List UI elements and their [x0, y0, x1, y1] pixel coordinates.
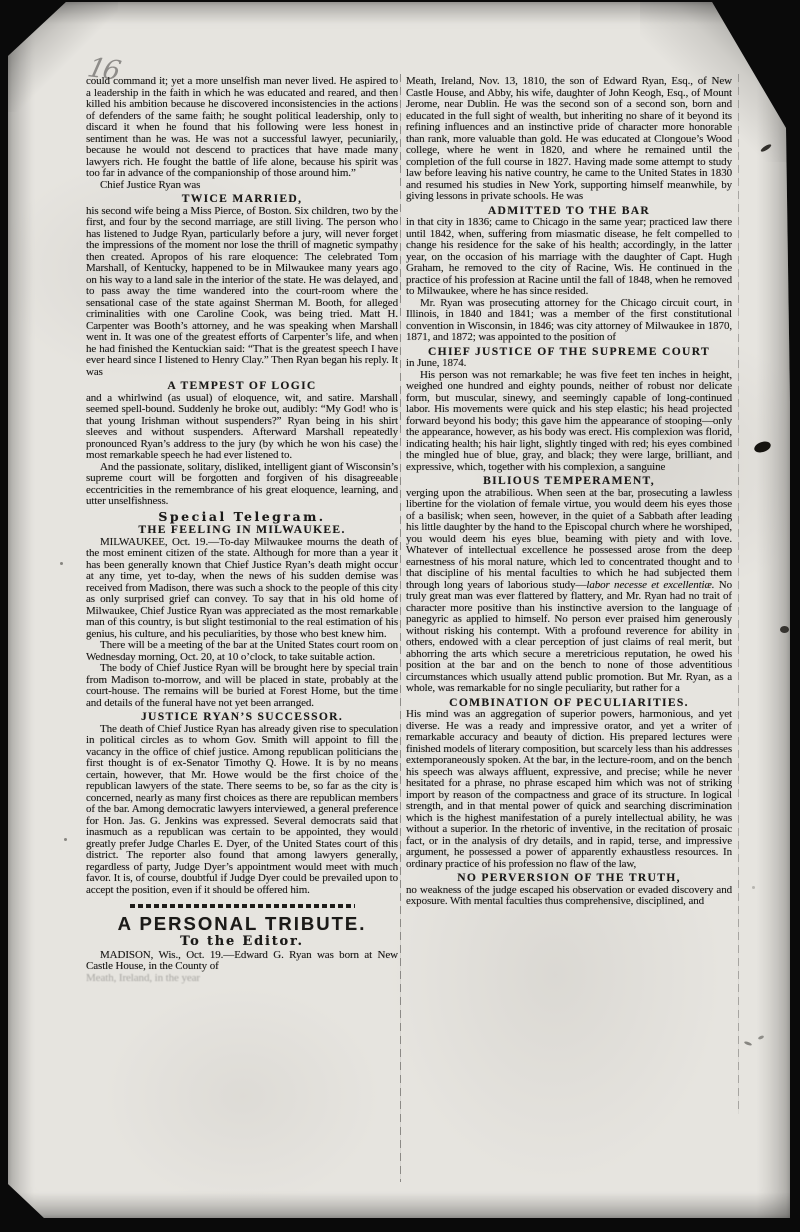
ink-smudge [758, 1035, 765, 1040]
article-column-right: Meath, Ireland, Nov. 13, 1810, the son o… [406, 76, 732, 1208]
article-paragraph: his second wife being a Miss Pierce, of … [86, 206, 398, 379]
article-paragraph: verging upon the atrabilious. When seen … [406, 488, 732, 695]
newspaper-page: 16 could command it; yet a more unselfis… [8, 2, 790, 1218]
article-paragraph: in that city in 1836; came to Chicago in… [406, 217, 732, 298]
section-heading: JUSTICE RYAN’S SUCCESSOR. [86, 711, 398, 723]
article-paragraph: The body of Chief Justice Ryan will be b… [86, 663, 398, 709]
article-paragraph: His person was not remarkable; he was fi… [406, 370, 732, 474]
section-heading: THE FEELING IN MILWAUKEE. [86, 524, 398, 536]
article-paragraph: Chief Justice Ryan was [86, 180, 398, 192]
article-paragraph: MILWAUKEE, Oct. 19.—To-day Milwaukee mou… [86, 537, 398, 641]
editor-salutation: To the Editor. [86, 936, 398, 948]
right-margin-rule [738, 74, 739, 1114]
scan-speck [64, 838, 67, 841]
article-paragraph: and a whirlwind (as usual) of eloquence,… [86, 393, 398, 462]
scan-speck [60, 562, 63, 565]
section-heading: TWICE MARRIED, [86, 193, 398, 205]
article-paragraph: Mr. Ryan was prosecuting attorney for th… [406, 298, 732, 344]
ink-smudge [744, 1041, 753, 1047]
article-paragraph: could command it; yet a more unselfish m… [86, 76, 398, 180]
faded-partial-line: Meath, Ireland, in the year [86, 973, 398, 985]
section-divider [130, 904, 355, 908]
article-paragraph: MADISON, Wis., Oct. 19.—Edward G. Ryan w… [86, 950, 398, 973]
latin-phrase: labor necesse et excellentiæ. [586, 579, 714, 591]
telegram-label: Special Telegram. [86, 511, 398, 523]
section-heading: COMBINATION OF PECULIARITIES. [406, 697, 732, 709]
article-paragraph: And the passionate, solitary, disliked, … [86, 462, 398, 508]
article-paragraph: no weakness of the judge escaped his obs… [406, 885, 732, 908]
column-divider-rule [400, 74, 401, 1182]
ink-smudge [753, 440, 772, 455]
section-heading: CHIEF JUSTICE OF THE SUPREME COURT [406, 346, 732, 358]
paragraph-text: verging upon the atrabilious. When seen … [406, 487, 732, 591]
section-heading: BILIOUS TEMPERAMENT, [406, 475, 732, 487]
article-paragraph: There will be a meeting of the bar at th… [86, 640, 398, 663]
article-column-left: could command it; yet a more unselfish m… [86, 76, 398, 1208]
section-heading: NO PERVERSION OF THE TRUTH, [406, 872, 732, 884]
article-paragraph: in June, 1874. [406, 358, 732, 370]
article-paragraph: Meath, Ireland, Nov. 13, 1810, the son o… [406, 76, 732, 203]
paragraph-text: No truly great man was ever flattered by… [406, 579, 732, 695]
article-title: A PERSONAL TRIBUTE. [86, 914, 398, 934]
article-paragraph: His mind was an aggregation of superior … [406, 709, 732, 870]
section-heading: ADMITTED TO THE BAR [406, 205, 732, 217]
article-paragraph: The death of Chief Justice Ryan has alre… [86, 724, 398, 897]
ink-smudge [780, 626, 789, 633]
ink-smudge [760, 143, 772, 153]
scanned-newspaper-screenshot: { "page": { "handwritten_mark": "16" }, … [0, 0, 800, 1232]
section-heading: A TEMPEST OF LOGIC [86, 380, 398, 392]
scan-speck [752, 886, 755, 889]
